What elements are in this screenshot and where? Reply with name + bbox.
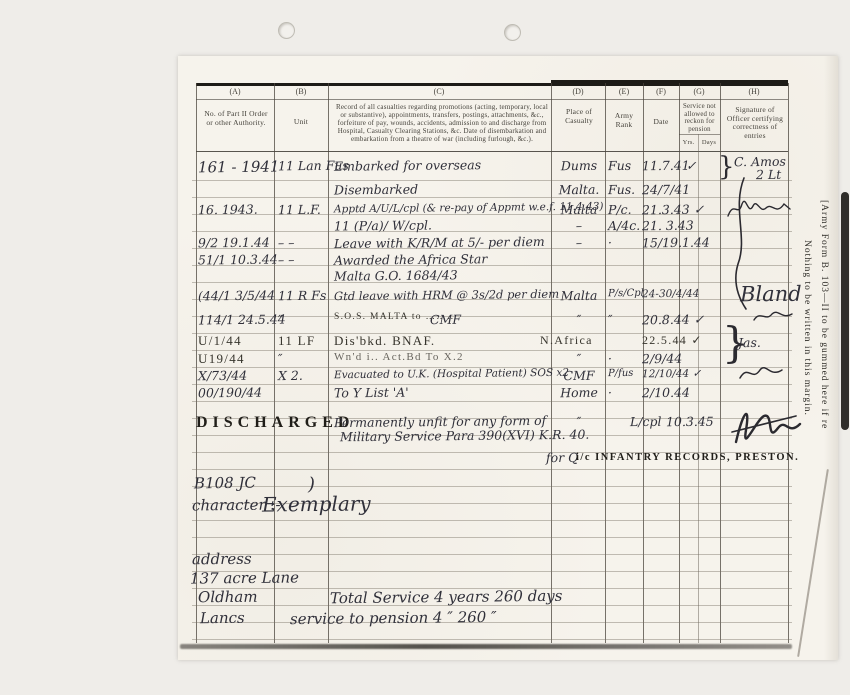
- cell-date: 24/7/41: [642, 182, 690, 198]
- cell-record: Malta G.O. 1684/43: [334, 267, 458, 283]
- cell-place: –: [554, 218, 604, 234]
- character-row: character :- Exemplary: [178, 496, 838, 514]
- column-letter-a: (A): [215, 87, 255, 96]
- column-h-header: Signature of Officer certifying correctn…: [724, 106, 786, 140]
- cell-place: CMF: [554, 368, 604, 384]
- cell-authority: U/1/44: [198, 333, 242, 349]
- table-row: 161 - 1941 11 Lan Fus Embarked for overs…: [178, 158, 838, 176]
- cell-rank: P/fus: [608, 368, 633, 379]
- cell-record: Leave with K/R/M at 5/- per diem: [334, 234, 545, 251]
- cell-place: –: [554, 235, 604, 251]
- table-row: 00/190/44 To Y List 'A' Home · 2/10.44: [178, 385, 838, 403]
- ink-brace: }: [722, 318, 749, 367]
- cell-record: Disembarked: [334, 182, 418, 198]
- cell-authority: 00/190/44: [198, 385, 262, 401]
- cell-place: N.Africa: [540, 333, 593, 348]
- cell-rank: P/c.: [608, 202, 632, 217]
- cell-authority: 9/2 19.1.44: [198, 235, 270, 251]
- punch-hole: [278, 22, 295, 39]
- cell-date: 21. 3.43: [642, 218, 694, 234]
- cell-rank: ″: [608, 312, 613, 327]
- address-line1-row: 137 acre Lane: [178, 569, 838, 587]
- column-letter-d: (D): [558, 87, 598, 96]
- cell-rank: P/s/Cpl: [608, 288, 644, 299]
- cell-rank: ·: [608, 351, 612, 366]
- signature-scribble: [752, 308, 794, 324]
- scan-shadow-streak: [841, 192, 849, 430]
- cell-unit: 11 LF: [278, 333, 315, 349]
- cell-date: 20.8.44 ✓: [642, 312, 704, 328]
- scanned-document-page: { "document": { "margin_note_1": "[Army …: [0, 0, 850, 695]
- column-b-header: Unit: [276, 118, 326, 127]
- cell-record: Evacuated to U.K. (Hospital Patient) SOS…: [334, 367, 569, 381]
- cell-date: 15/19.1.44: [642, 235, 710, 251]
- cell-authority: U19/44: [198, 351, 245, 367]
- total-service: Total Service 4 years 260 days: [330, 587, 563, 607]
- cell-date: 2/10.44: [642, 385, 690, 401]
- column-letter-b: (B): [281, 87, 321, 96]
- column-letter-f: (F): [641, 87, 681, 96]
- cell-authority: 114/1 24.5.44: [198, 312, 286, 328]
- character-value: Exemplary: [262, 491, 371, 516]
- b108-row: B108 JC ): [178, 474, 838, 492]
- cell-unit: 11 R Fs: [278, 288, 327, 304]
- cell-record: Dis'bkd. BNAF.: [334, 333, 436, 349]
- column-a-header: No. of Part II Order or other Authority.: [200, 110, 272, 127]
- column-g-sub-yrs: Yrs.: [680, 139, 697, 148]
- cell-rank: ·: [608, 385, 612, 400]
- cell-authority: X/73/44: [198, 368, 247, 384]
- cell-place: ″: [554, 414, 604, 430]
- column-g-header: Service not allowed to reckon for pensio…: [681, 103, 718, 133]
- cell-date: 11.7.41: [642, 158, 690, 173]
- cell-unit: ″: [278, 351, 283, 366]
- table-top-border-heavy: [551, 80, 788, 84]
- cell-date: 21.3.43 ✓: [642, 202, 704, 218]
- column-letter-c: (C): [419, 87, 459, 96]
- form-sheet: (A) (B) (C) (D) (E) (F) (G) (H) No. of P…: [178, 56, 838, 660]
- cell-place: ″: [554, 312, 604, 328]
- cell-rank: Fus: [608, 158, 631, 173]
- cell-place: Home: [554, 385, 604, 401]
- cell-record: Awarded the Africa Star: [334, 251, 487, 268]
- cell-date: 22.5.44 ✓: [642, 333, 703, 348]
- discharged-stamp: DISCHARGED: [196, 414, 354, 432]
- signature-rank: 2 Lt: [756, 167, 781, 182]
- margin-note-warning: Nothing to be written in this margin.: [802, 240, 812, 416]
- column-letter-e: (E): [604, 87, 644, 96]
- records-stamp-row: for Q i/c INFANTRY RECORDS, PRESTON.: [178, 452, 838, 470]
- header-bottom-rule: [196, 151, 788, 152]
- cell-date: 12/10/44 ✓: [642, 368, 701, 381]
- address-label-row: address: [178, 550, 838, 568]
- cell-place: ″: [554, 351, 604, 367]
- b108-note: B108 JC: [194, 474, 256, 493]
- cell-unit: X 2.: [278, 368, 303, 383]
- cell-place: Dums: [554, 158, 604, 174]
- cell-place: Malta.: [554, 182, 604, 198]
- cell-record-insert: CMF: [430, 312, 461, 327]
- column-g-sub-days: Days: [699, 139, 719, 148]
- cell-place: Malta: [554, 288, 604, 304]
- cell-place: Malta: [554, 202, 604, 218]
- address-line2: Oldham: [198, 588, 258, 607]
- cell-record: Gtd leave with HRM @ 3s/2d per diem: [334, 287, 559, 303]
- cell-record-line2: Military Service Para 390(XVI) K.R. 40.: [340, 427, 590, 445]
- address-line3: Lancs: [200, 609, 245, 627]
- records-stamp-prefix: for Q: [546, 450, 579, 465]
- cell-record: Wn'd i.. Act.Bd To X.2: [334, 351, 464, 363]
- address-line1: 137 acre Lane: [190, 568, 299, 587]
- signature-scribble: [738, 362, 784, 384]
- column-f-header: Date: [645, 118, 677, 127]
- header-letter-rule: [196, 99, 788, 100]
- cell-authority: 51/1 10.3.44: [198, 252, 278, 268]
- cell-authority: 161 - 1941: [198, 158, 280, 177]
- pension-service: service to pension 4 ″ 260 ″: [290, 608, 497, 628]
- column-d-header: Place of Casualty: [556, 108, 602, 125]
- infantry-records-stamp: i/c INFANTRY RECORDS, PRESTON.: [576, 452, 799, 463]
- margin-note-form: [Army Form B. 103—II to be gummed here i…: [819, 200, 829, 429]
- cell-unit: ″: [278, 312, 283, 327]
- column-letter-g: (G): [679, 87, 719, 96]
- cell-authority: 16. 1943.: [198, 202, 258, 218]
- cell-rank: Fus.: [608, 182, 635, 197]
- column-e-header: Army Rank: [607, 112, 641, 129]
- cell-rank: L/cpl: [630, 414, 662, 429]
- pension-sub-rule: [679, 134, 720, 135]
- address-label: address: [192, 550, 252, 569]
- cell-authority: (44/1 3/5/44: [198, 288, 275, 304]
- cell-date: 2/9/44: [642, 351, 682, 366]
- cell-date: 10.3.45: [666, 414, 714, 429]
- cell-record: Embarked for overseas: [334, 157, 481, 174]
- address-line2-row: Oldham Total Service 4 years 260 days: [178, 588, 838, 606]
- cell-unit: 11 L.F.: [278, 202, 321, 217]
- cell-rank: ·: [608, 235, 612, 250]
- cell-record: 11 (P/a)/ W/cpl.: [334, 217, 432, 233]
- cell-unit: – –: [278, 235, 295, 250]
- ink-stroke: [730, 176, 750, 311]
- cell-date: 24-30/4/44: [642, 288, 700, 301]
- column-c-header: Record of all casualties regarding promo…: [336, 103, 548, 143]
- signature-scribble: [730, 402, 802, 450]
- punch-hole: [504, 24, 521, 41]
- cell-rank: A/4c.: [608, 218, 640, 233]
- sheet-bottom-edge: [180, 644, 792, 649]
- cell-unit: – –: [278, 252, 295, 267]
- column-letter-h: (H): [734, 87, 774, 96]
- address-line3-row: Lancs service to pension 4 ″ 260 ″: [178, 609, 838, 627]
- tick-mark: ✓: [686, 158, 697, 173]
- cell-record: To Y List 'A': [334, 385, 409, 401]
